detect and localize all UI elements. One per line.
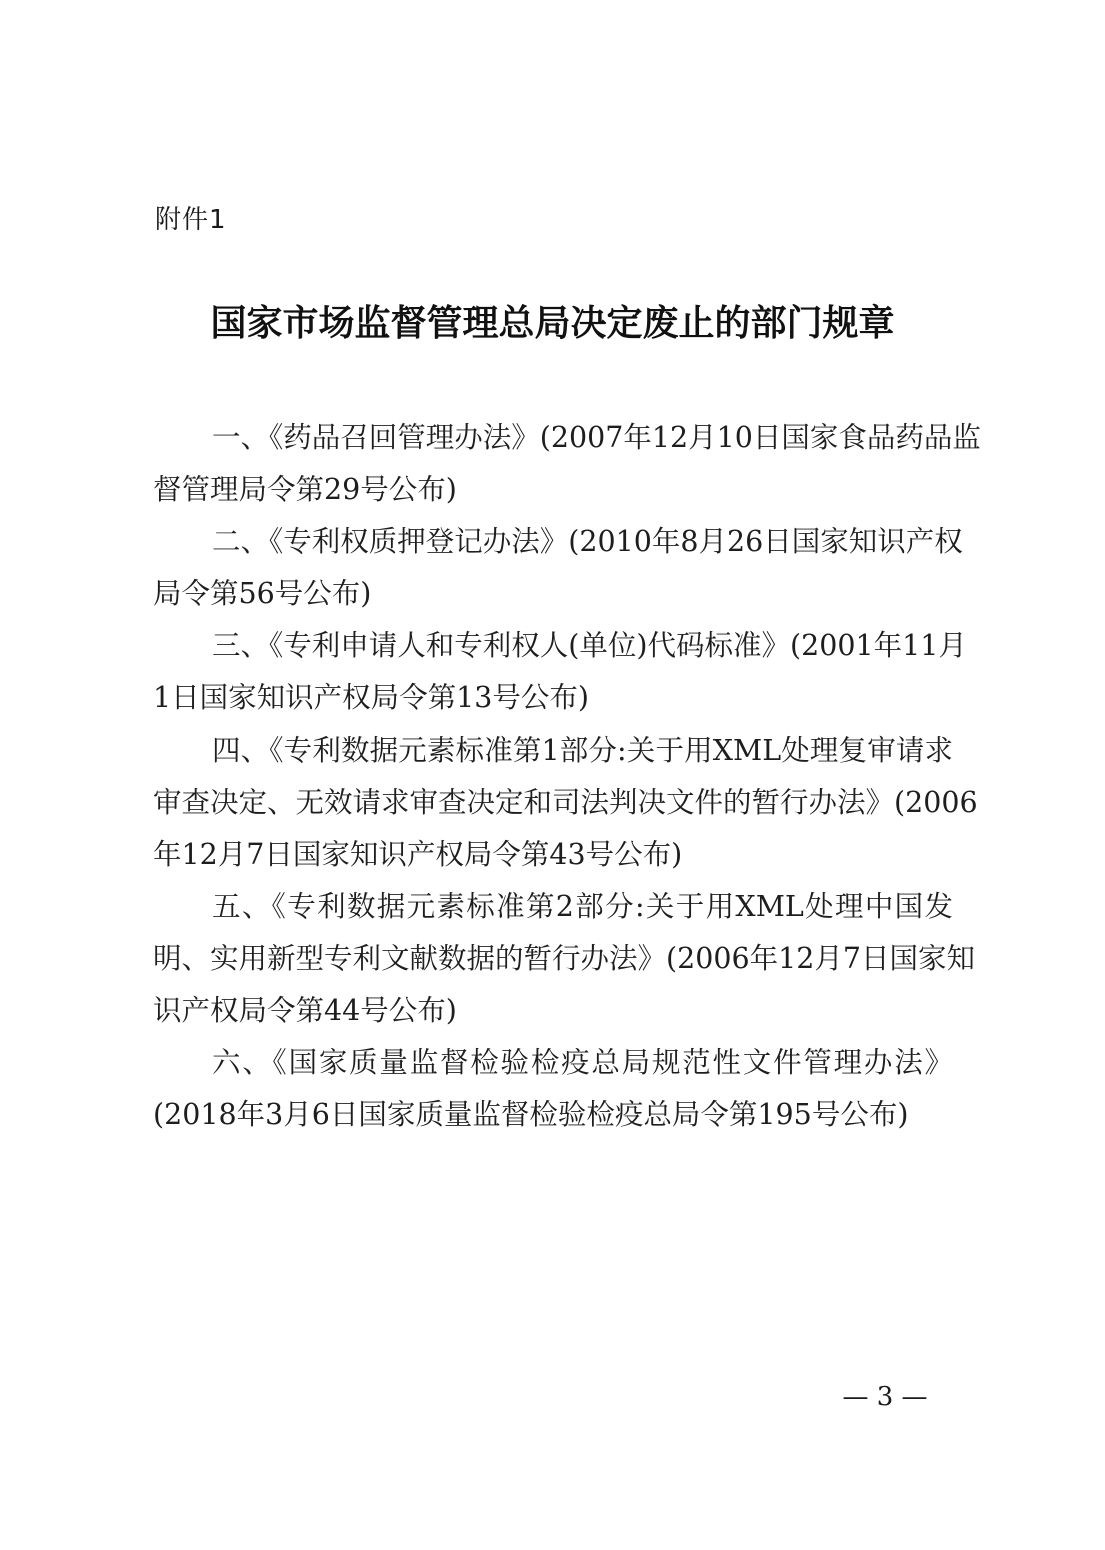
item-4-line-1: 四、《专利数据元素标准第1部分:关于用XML处理复审请求 xyxy=(212,731,953,771)
item-4-line-3: 年12月7日国家知识产权局令第43号公布) xyxy=(153,835,953,875)
item-3-line-2: 1日国家知识产权局令第13号公布) xyxy=(153,678,953,718)
document-title: 国家市场监督管理总局决定废止的部门规章 xyxy=(0,298,1105,348)
item-4-line-2: 审查决定、无效请求审查决定和司法判决文件的暂行办法》(2006 xyxy=(153,783,953,823)
item-5-line-3: 识产权局令第44号公布) xyxy=(153,991,953,1031)
item-2-line-2: 局令第56号公布) xyxy=(153,574,953,614)
item-1-line-2: 督管理局令第29号公布) xyxy=(153,470,953,510)
attachment-label: 附件1 xyxy=(155,203,227,237)
item-5-line-1: 五、《专利数据元素标准第2部分:关于用XML处理中国发 xyxy=(212,887,953,927)
item-1-line-1: 一、《药品召回管理办法》(2007年12月10日国家食品药品监 xyxy=(212,418,953,458)
page-number: — 3 — xyxy=(830,1380,940,1414)
item-3-line-1: 三、《专利申请人和专利权人(单位)代码标准》(2001年11月 xyxy=(212,626,953,666)
item-6-line-2: (2018年3月6日国家质量监督检验检疫总局令第195号公布) xyxy=(153,1095,953,1135)
document-page: 附件1 国家市场监督管理总局决定废止的部门规章 一、《药品召回管理办法》(200… xyxy=(0,0,1105,1550)
item-2-line-1: 二、《专利权质押登记办法》(2010年8月26日国家知识产权 xyxy=(212,522,953,562)
item-6-line-1: 六、《国家质量监督检验检疫总局规范性文件管理办法》 xyxy=(212,1043,953,1083)
item-5-line-2: 明、实用新型专利文献数据的暂行办法》(2006年12月7日国家知 xyxy=(153,939,953,979)
